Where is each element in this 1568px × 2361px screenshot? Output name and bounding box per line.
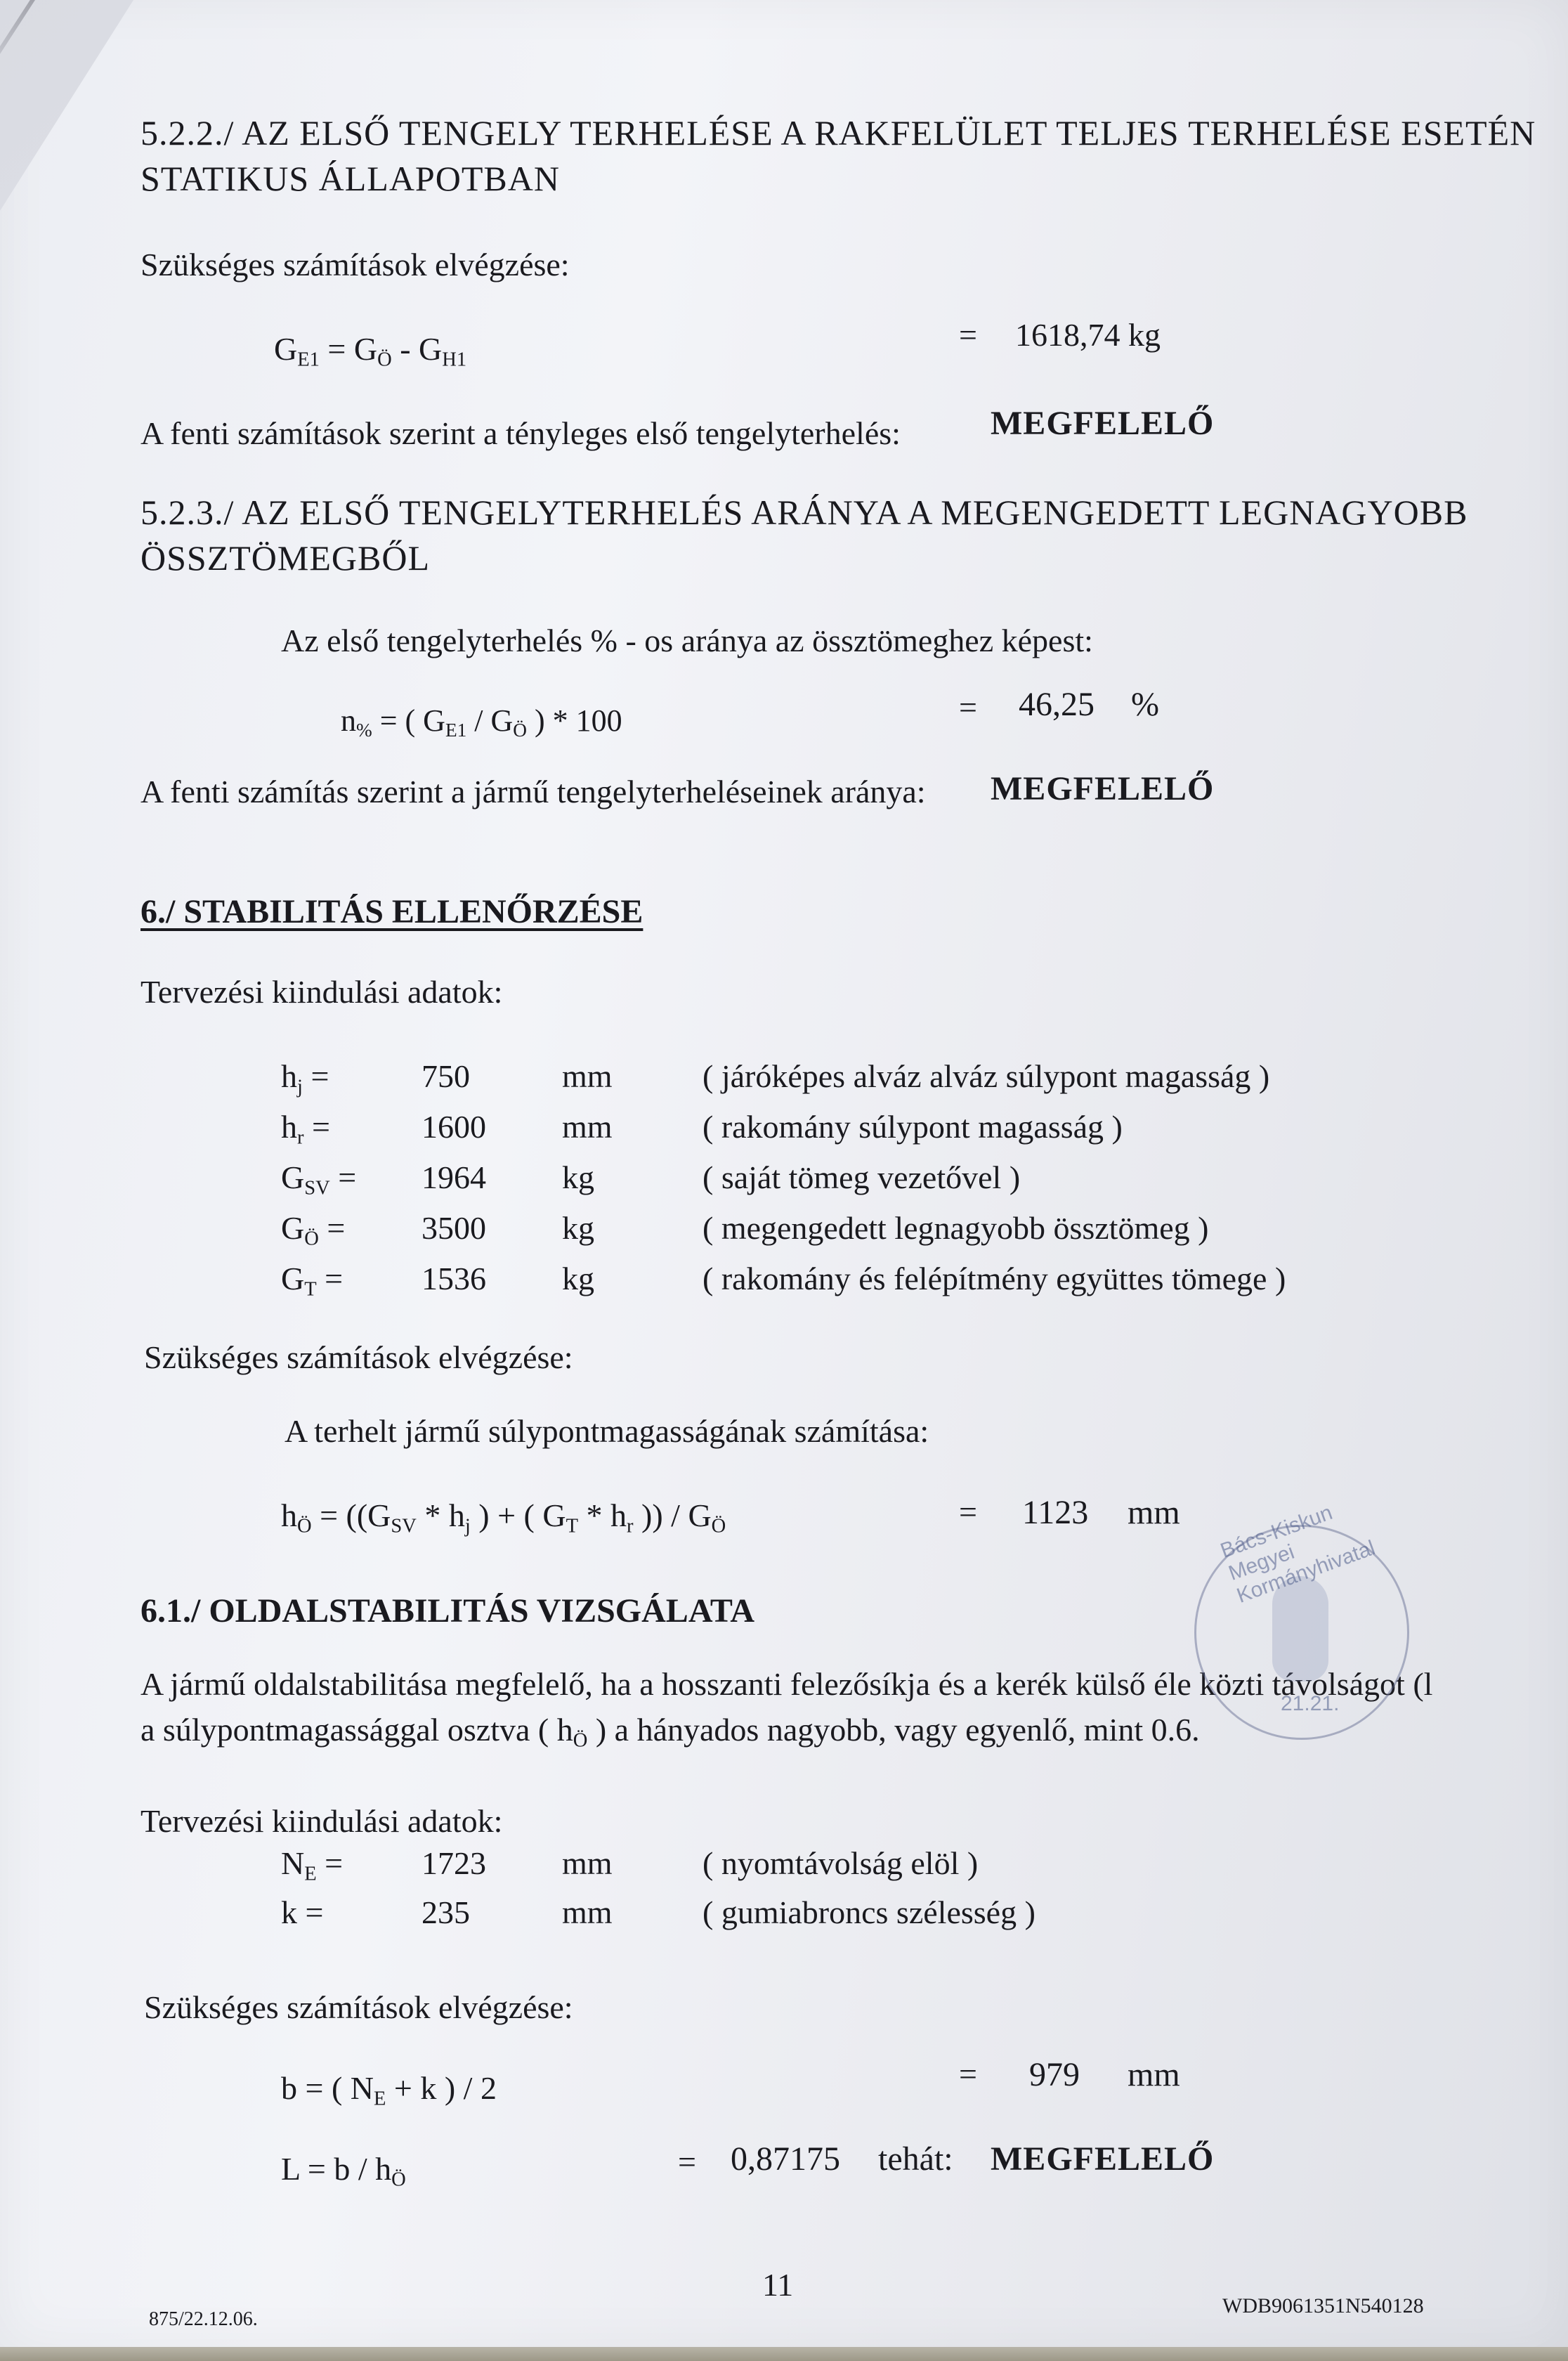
param-unit: kg	[562, 1260, 594, 1297]
param-symbol: hj =	[281, 1058, 329, 1099]
stamp-date: 21.21.	[1281, 1692, 1339, 1716]
param-value: 3500	[422, 1209, 486, 1247]
section-522-result-eq: =	[959, 316, 977, 353]
param-symbol: hr =	[281, 1108, 330, 1150]
section-523-title-line2: ÖSSZTÖMEGBŐL	[141, 538, 430, 578]
section-61-l-formula: L = b / hÖ	[281, 2150, 406, 2192]
param-description: ( rakomány súlypont magasság )	[703, 1108, 1123, 1145]
section-522-conclusion: A fenti számítások szerint a tényleges e…	[141, 415, 901, 452]
document-reference: 875/22.12.06.	[149, 2308, 258, 2331]
param-unit: mm	[562, 1108, 613, 1145]
param-symbol: GT =	[281, 1260, 343, 1301]
section-522-calc-label: Szükséges számítások elvégzése:	[141, 246, 570, 283]
section-6-calc-label: Szükséges számítások elvégzése:	[144, 1339, 573, 1376]
section-6-input-label: Tervezési kiindulási adatok:	[141, 973, 502, 1010]
section-61-b-formula: b = ( NE + k ) / 2	[281, 2069, 497, 2111]
section-61-b-value: 979	[1029, 2055, 1080, 2094]
section-523-verdict: MEGFELELŐ	[991, 769, 1214, 808]
section-6-cog-eq: =	[959, 1493, 977, 1530]
vin-number: WDB9061351N540128	[1222, 2294, 1424, 2318]
param-description: ( járóképes alváz alváz súlypont magassá…	[703, 1058, 1269, 1095]
section-61-calc-label: Szükséges számítások elvégzése:	[144, 1989, 573, 2026]
section-61-title: 6.1./ OLDALSTABILITÁS VIZSGÁLATA	[141, 1592, 754, 1630]
section-61-input-label: Tervezési kiindulási adatok:	[141, 1802, 502, 1840]
table-surface	[0, 2347, 1568, 2361]
section-522-formula: GE1 = GÖ - GH1	[274, 330, 466, 372]
section-523-conclusion: A fenti számítás szerint a jármű tengely…	[141, 773, 926, 810]
param-symbol: GÖ =	[281, 1209, 345, 1251]
param-unit: kg	[562, 1159, 594, 1196]
param-unit: mm	[562, 1845, 613, 1882]
section-523-result-eq: =	[959, 689, 977, 726]
param-unit: mm	[562, 1058, 613, 1095]
section-6-cog-label: A terhelt jármű súlypontmagasságának szá…	[285, 1412, 929, 1450]
param-value: 1600	[422, 1108, 486, 1145]
section-6-cog-unit: mm	[1128, 1493, 1180, 1532]
section-61-l-eq: =	[678, 2143, 696, 2180]
section-61-b-eq: =	[959, 2055, 977, 2093]
section-61-text-line2: a súlypontmagassággal osztva ( hÖ ) a há…	[141, 1711, 1200, 1752]
section-522-title-line2: STATIKUS ÁLLAPOTBAN	[141, 158, 560, 199]
param-description: ( megengedett legnagyobb össztömeg )	[703, 1209, 1208, 1247]
section-523-title-line1: 5.2.3./ AZ ELSŐ TENGELYTERHELÉS ARÁNYA A…	[141, 492, 1468, 533]
param-value: 750	[422, 1058, 470, 1095]
param-symbol: NE =	[281, 1845, 343, 1886]
official-stamp: Bács-Kiskun Megyei Kormányhivatal 21.21.	[1194, 1525, 1409, 1740]
section-523-description: Az első tengelyterhelés % - os aránya az…	[281, 622, 1093, 659]
param-description: ( saját tömeg vezetővel )	[703, 1159, 1020, 1196]
section-61-l-therefore: tehát:	[878, 2140, 953, 2178]
param-symbol: GSV =	[281, 1159, 356, 1200]
section-6-cog-value: 1123	[1022, 1493, 1088, 1532]
param-unit: mm	[562, 1894, 613, 1931]
section-61-verdict: MEGFELELŐ	[991, 2140, 1214, 2178]
param-description: ( gumiabroncs szélesség )	[703, 1894, 1035, 1931]
section-6-title: 6./ STABILITÁS ELLENŐRZÉSE	[141, 892, 643, 931]
section-522-result-value: 1618,74 kg	[1015, 316, 1161, 353]
param-unit: kg	[562, 1209, 594, 1247]
param-description: ( rakomány és felépítmény együttes tömeg…	[703, 1260, 1286, 1297]
param-value: 1723	[422, 1845, 486, 1882]
param-value: 1536	[422, 1260, 486, 1297]
section-523-result-unit: %	[1131, 685, 1159, 724]
section-61-b-unit: mm	[1128, 2055, 1180, 2094]
section-523-result-value: 46,25	[1019, 685, 1095, 724]
section-61-l-value: 0,87175	[731, 2140, 840, 2178]
param-description: ( nyomtávolság elöl )	[703, 1845, 978, 1882]
param-symbol: k =	[281, 1894, 323, 1931]
param-value: 235	[422, 1894, 470, 1931]
section-523-formula: n% = ( GE1 / GÖ ) * 100	[341, 703, 622, 741]
page-number: 11	[762, 2266, 793, 2303]
section-522-verdict: MEGFELELŐ	[991, 404, 1214, 443]
param-value: 1964	[422, 1159, 486, 1196]
section-6-cog-formula: hÖ = ((GSV * hj ) + ( GT * hr )) / GÖ	[281, 1497, 726, 1538]
section-522-title-line1: 5.2.2./ AZ ELSŐ TENGELY TERHELÉSE A RAKF…	[141, 112, 1536, 153]
